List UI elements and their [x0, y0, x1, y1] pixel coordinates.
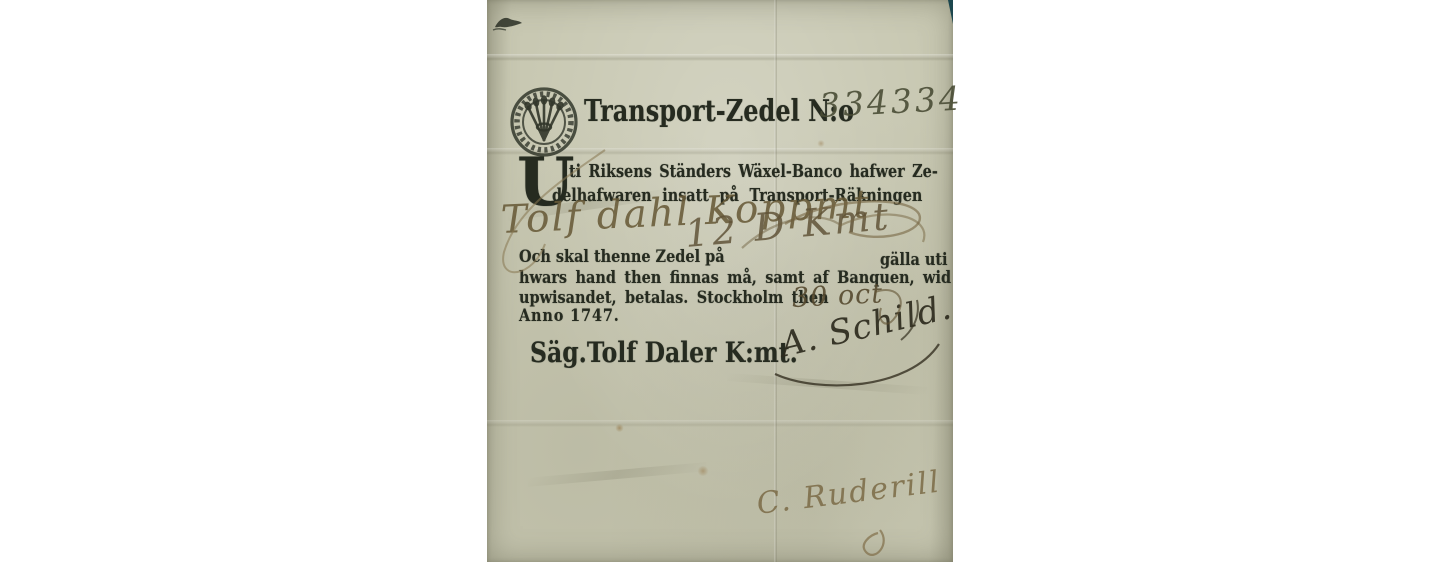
foxing-stain: [697, 466, 709, 476]
paper-wrinkle: [527, 462, 707, 487]
endorsement-signature: C. Ruderill: [755, 465, 943, 522]
photo-of-historical-banknote: Transport-Zedel N:o 334334 U ti Riksens …: [0, 0, 1440, 562]
clause-line1-after-blank: gälla uti: [880, 250, 948, 270]
corner-background-gap: [948, 0, 953, 24]
document-title: Transport-Zedel N:o: [584, 94, 854, 129]
clause-line4-anno: Anno 1747.: [519, 306, 620, 326]
foxing-stain: [817, 140, 825, 147]
body-text-line1: ti Riksens Ständers Wäxel-Banco hafwer Z…: [569, 161, 938, 182]
denomination-text: Säg.Tolf Daler K:mt.: [530, 336, 798, 369]
horizontal-fold-crease: [487, 420, 953, 427]
paper-wrinkle: [727, 373, 927, 395]
clause-line3: upwisandet, betalas. Stockholm then: [519, 288, 829, 308]
banknote-paper: Transport-Zedel N:o 334334 U ti Riksens …: [487, 0, 953, 562]
serial-number: 334334: [818, 78, 964, 124]
foxing-stain: [615, 424, 624, 432]
ink-scribble-mark-icon: [492, 11, 526, 35]
clause-line2: hwars hand then finnas må, samt af Banqu…: [519, 268, 951, 288]
horizontal-fold-crease: [487, 54, 953, 61]
